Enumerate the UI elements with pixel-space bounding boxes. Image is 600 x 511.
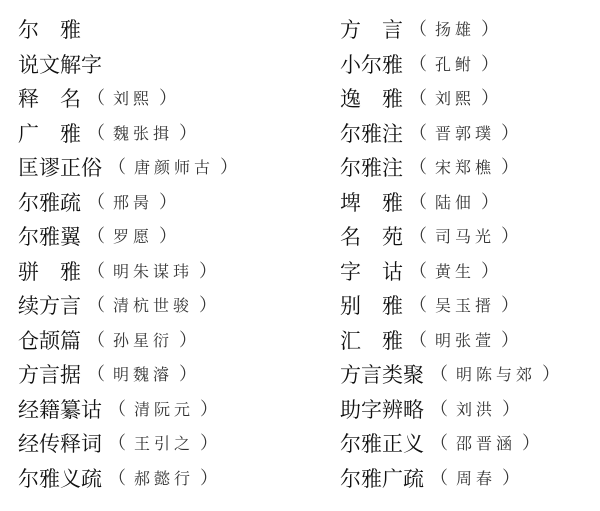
paren-close: ）: [522, 427, 540, 462]
book-title-text: 匡谬正俗: [18, 156, 102, 180]
paren-close: ）: [200, 427, 218, 462]
book-author: 刘熙: [435, 82, 475, 117]
book-entry: 汇雅（明张萱）: [340, 324, 566, 359]
book-title: 埤雅: [340, 186, 403, 221]
paren-close: ）: [200, 462, 218, 497]
book-title-char: 骈: [18, 260, 39, 284]
book-title-char: 方: [340, 18, 361, 42]
paren-close: ）: [199, 255, 217, 290]
book-entry: 尔雅义疏（郝懿行）: [18, 462, 244, 497]
paren-close: ）: [502, 393, 520, 428]
paren-close: ）: [159, 186, 177, 221]
paren-open: （: [87, 82, 105, 117]
book-author: 孙星衍: [113, 324, 173, 359]
book-title: 尔雅正义: [340, 427, 424, 462]
book-author: 魏张揖: [113, 117, 173, 152]
paren-close: ）: [159, 82, 177, 117]
book-title: 尔雅翼: [18, 220, 81, 255]
paren-close: ）: [501, 220, 519, 255]
book-entry: 尔雅注（晋郭璞）: [340, 117, 566, 152]
book-author: 吴玉搢: [435, 289, 495, 324]
book-entry: 经籍纂诂（清阮元）: [18, 393, 244, 428]
book-title: 名苑: [340, 220, 403, 255]
book-title-char: 雅: [60, 122, 81, 146]
book-entry: 广雅（魏张揖）: [18, 117, 244, 152]
book-author: 明陈与郊: [456, 358, 536, 393]
book-entry: 字诂（黄生）: [340, 255, 566, 290]
book-author: 明魏濬: [113, 358, 173, 393]
paren-close: ）: [179, 117, 197, 152]
book-entry: 小尔雅（孔鲋）: [340, 48, 566, 83]
book-title-char: 广: [18, 122, 39, 146]
book-entry: 埤雅（陆佃）: [340, 186, 566, 221]
paren-open: （: [430, 462, 448, 497]
book-author: 郝懿行: [134, 462, 194, 497]
book-title-char: 埤: [340, 191, 361, 215]
book-author: 刘洪: [456, 393, 496, 428]
book-entry: 助字辨略（刘洪）: [340, 393, 566, 428]
paren-close: ）: [179, 324, 197, 359]
book-author: 扬雄: [435, 13, 475, 48]
paren-open: （: [87, 220, 105, 255]
book-entry: 续方言（清杭世骏）: [18, 289, 244, 324]
book-title-text: 尔雅注: [340, 122, 403, 146]
book-title: 方言类聚: [340, 358, 424, 393]
paren-open: （: [430, 393, 448, 428]
book-title-text: 尔雅疏: [18, 191, 81, 215]
book-title-char: 苑: [382, 225, 403, 249]
paren-close: ）: [481, 48, 499, 83]
book-author: 周春: [456, 462, 496, 497]
book-title: 说文解字: [18, 48, 102, 83]
book-entry: 匡谬正俗（唐颜师古）: [18, 151, 244, 186]
book-title-text: 尔雅注: [340, 156, 403, 180]
book-title: 匡谬正俗: [18, 151, 102, 186]
book-title: 尔雅广疏: [340, 462, 424, 497]
book-title-char: 字: [340, 260, 361, 284]
book-title: 汇雅: [340, 324, 403, 359]
book-title: 方言: [340, 13, 403, 48]
paren-close: ）: [542, 358, 560, 393]
paren-close: ）: [501, 151, 519, 186]
paren-open: （: [87, 117, 105, 152]
paren-close: ）: [501, 324, 519, 359]
book-entry: 尔雅正义（邵晋涵）: [340, 427, 566, 462]
book-entry: 尔雅广疏（周春）: [340, 462, 566, 497]
paren-open: （: [87, 186, 105, 221]
book-title-char: 雅: [382, 329, 403, 353]
book-title: 经籍纂诂: [18, 393, 102, 428]
paren-open: （: [409, 151, 427, 186]
book-author: 晋郭璞: [435, 117, 495, 152]
book-author: 邢昺: [113, 186, 153, 221]
book-author: 邵晋涵: [456, 427, 516, 462]
book-title-char: 释: [18, 87, 39, 111]
book-title-char: 雅: [60, 260, 81, 284]
book-entry: 骈雅（明朱谋玮）: [18, 255, 244, 290]
book-entry: 尔雅: [18, 13, 244, 48]
paren-close: ）: [481, 186, 499, 221]
book-title: 骈雅: [18, 255, 81, 290]
book-title: 别雅: [340, 289, 403, 324]
book-title-text: 方言据: [18, 363, 81, 387]
book-title-text: 方言类聚: [340, 363, 424, 387]
book-author: 罗愿: [113, 220, 153, 255]
book-title-char: 雅: [382, 87, 403, 111]
book-author: 陆佃: [435, 186, 475, 221]
book-title-char: 雅: [382, 294, 403, 318]
paren-open: （: [430, 427, 448, 462]
book-entry: 别雅（吴玉搢）: [340, 289, 566, 324]
paren-open: （: [87, 255, 105, 290]
book-title-text: 尔雅义疏: [18, 467, 102, 491]
book-title: 释名: [18, 82, 81, 117]
paren-open: （: [409, 82, 427, 117]
book-title: 助字辨略: [340, 393, 424, 428]
book-title: 广雅: [18, 117, 81, 152]
paren-open: （: [409, 117, 427, 152]
book-author: 刘熙: [113, 82, 153, 117]
paren-open: （: [108, 462, 126, 497]
book-title: 尔雅: [18, 13, 81, 48]
paren-open: （: [409, 13, 427, 48]
book-author: 黄生: [435, 255, 475, 290]
paren-open: （: [409, 289, 427, 324]
book-entry: 方言（扬雄）: [340, 13, 566, 48]
book-title: 逸雅: [340, 82, 403, 117]
book-entry: 名苑（司马光）: [340, 220, 566, 255]
book-title-text: 尔雅正义: [340, 432, 424, 456]
book-entry: 尔雅疏（邢昺）: [18, 186, 244, 221]
book-title-char: 汇: [340, 329, 361, 353]
book-title-text: 经籍纂诂: [18, 398, 102, 422]
book-title-char: 诂: [382, 260, 403, 284]
book-author: 孔鲋: [435, 48, 475, 83]
paren-open: （: [108, 151, 126, 186]
paren-open: （: [409, 186, 427, 221]
book-title: 尔雅注: [340, 117, 403, 152]
book-entry: 尔雅注（宋郑樵）: [340, 151, 566, 186]
paren-open: （: [409, 220, 427, 255]
book-title: 方言据: [18, 358, 81, 393]
book-entry: 释名（刘熙）: [18, 82, 244, 117]
book-title-char: 言: [382, 18, 403, 42]
paren-close: ）: [159, 220, 177, 255]
paren-close: ）: [179, 358, 197, 393]
book-author: 司马光: [435, 220, 495, 255]
book-title-text: 助字辨略: [340, 398, 424, 422]
book-entry: 方言类聚（明陈与郊）: [340, 358, 566, 393]
book-title: 字诂: [340, 255, 403, 290]
book-title-text: 经传释词: [18, 432, 102, 456]
paren-close: ）: [501, 117, 519, 152]
book-title-char: 尔: [18, 18, 39, 42]
book-title: 尔雅注: [340, 151, 403, 186]
paren-open: （: [108, 427, 126, 462]
book-author: 清杭世骏: [113, 289, 193, 324]
paren-close: ）: [199, 289, 217, 324]
book-title: 尔雅义疏: [18, 462, 102, 497]
book-entry: 说文解字: [18, 48, 244, 83]
book-author: 王引之: [134, 427, 194, 462]
right-column: 方言（扬雄）小尔雅（孔鲋）逸雅（刘熙）尔雅注（晋郭璞）尔雅注（宋郑樵）埤雅（陆佃…: [340, 13, 566, 496]
paren-open: （: [409, 48, 427, 83]
book-title-text: 尔雅翼: [18, 225, 81, 249]
book-title-char: 别: [340, 294, 361, 318]
book-title-text: 续方言: [18, 294, 81, 318]
book-author: 唐颜师古: [134, 151, 214, 186]
book-author: 宋郑樵: [435, 151, 495, 186]
book-entry: 逸雅（刘熙）: [340, 82, 566, 117]
paren-open: （: [87, 289, 105, 324]
paren-close: ）: [481, 13, 499, 48]
book-author: 明张萱: [435, 324, 495, 359]
book-title-char: 名: [60, 87, 81, 111]
paren-close: ）: [481, 82, 499, 117]
book-title-text: 小尔雅: [340, 53, 403, 77]
book-title-char: 雅: [60, 18, 81, 42]
book-title-text: 说文解字: [18, 53, 102, 77]
book-title: 小尔雅: [340, 48, 403, 83]
book-author: 明朱谋玮: [113, 255, 193, 290]
paren-open: （: [409, 255, 427, 290]
paren-close: ）: [220, 151, 238, 186]
book-title: 续方言: [18, 289, 81, 324]
book-title: 尔雅疏: [18, 186, 81, 221]
paren-open: （: [430, 358, 448, 393]
book-title: 经传释词: [18, 427, 102, 462]
book-title: 仓颉篇: [18, 324, 81, 359]
book-entry: 仓颉篇（孙星衍）: [18, 324, 244, 359]
paren-close: ）: [501, 289, 519, 324]
book-entry: 经传释词（王引之）: [18, 427, 244, 462]
book-title-text: 仓颉篇: [18, 329, 81, 353]
book-title-text: 尔雅广疏: [340, 467, 424, 491]
book-entry: 方言据（明魏濬）: [18, 358, 244, 393]
left-column: 尔雅说文解字释名（刘熙）广雅（魏张揖）匡谬正俗（唐颜师古）尔雅疏（邢昺）尔雅翼（…: [18, 13, 244, 496]
book-author: 清阮元: [134, 393, 194, 428]
paren-open: （: [87, 358, 105, 393]
paren-open: （: [409, 324, 427, 359]
paren-close: ）: [481, 255, 499, 290]
book-title-char: 名: [340, 225, 361, 249]
book-title-char: 逸: [340, 87, 361, 111]
book-title-char: 雅: [382, 191, 403, 215]
paren-open: （: [108, 393, 126, 428]
book-entry: 尔雅翼（罗愿）: [18, 220, 244, 255]
paren-close: ）: [502, 462, 520, 497]
paren-close: ）: [200, 393, 218, 428]
paren-open: （: [87, 324, 105, 359]
